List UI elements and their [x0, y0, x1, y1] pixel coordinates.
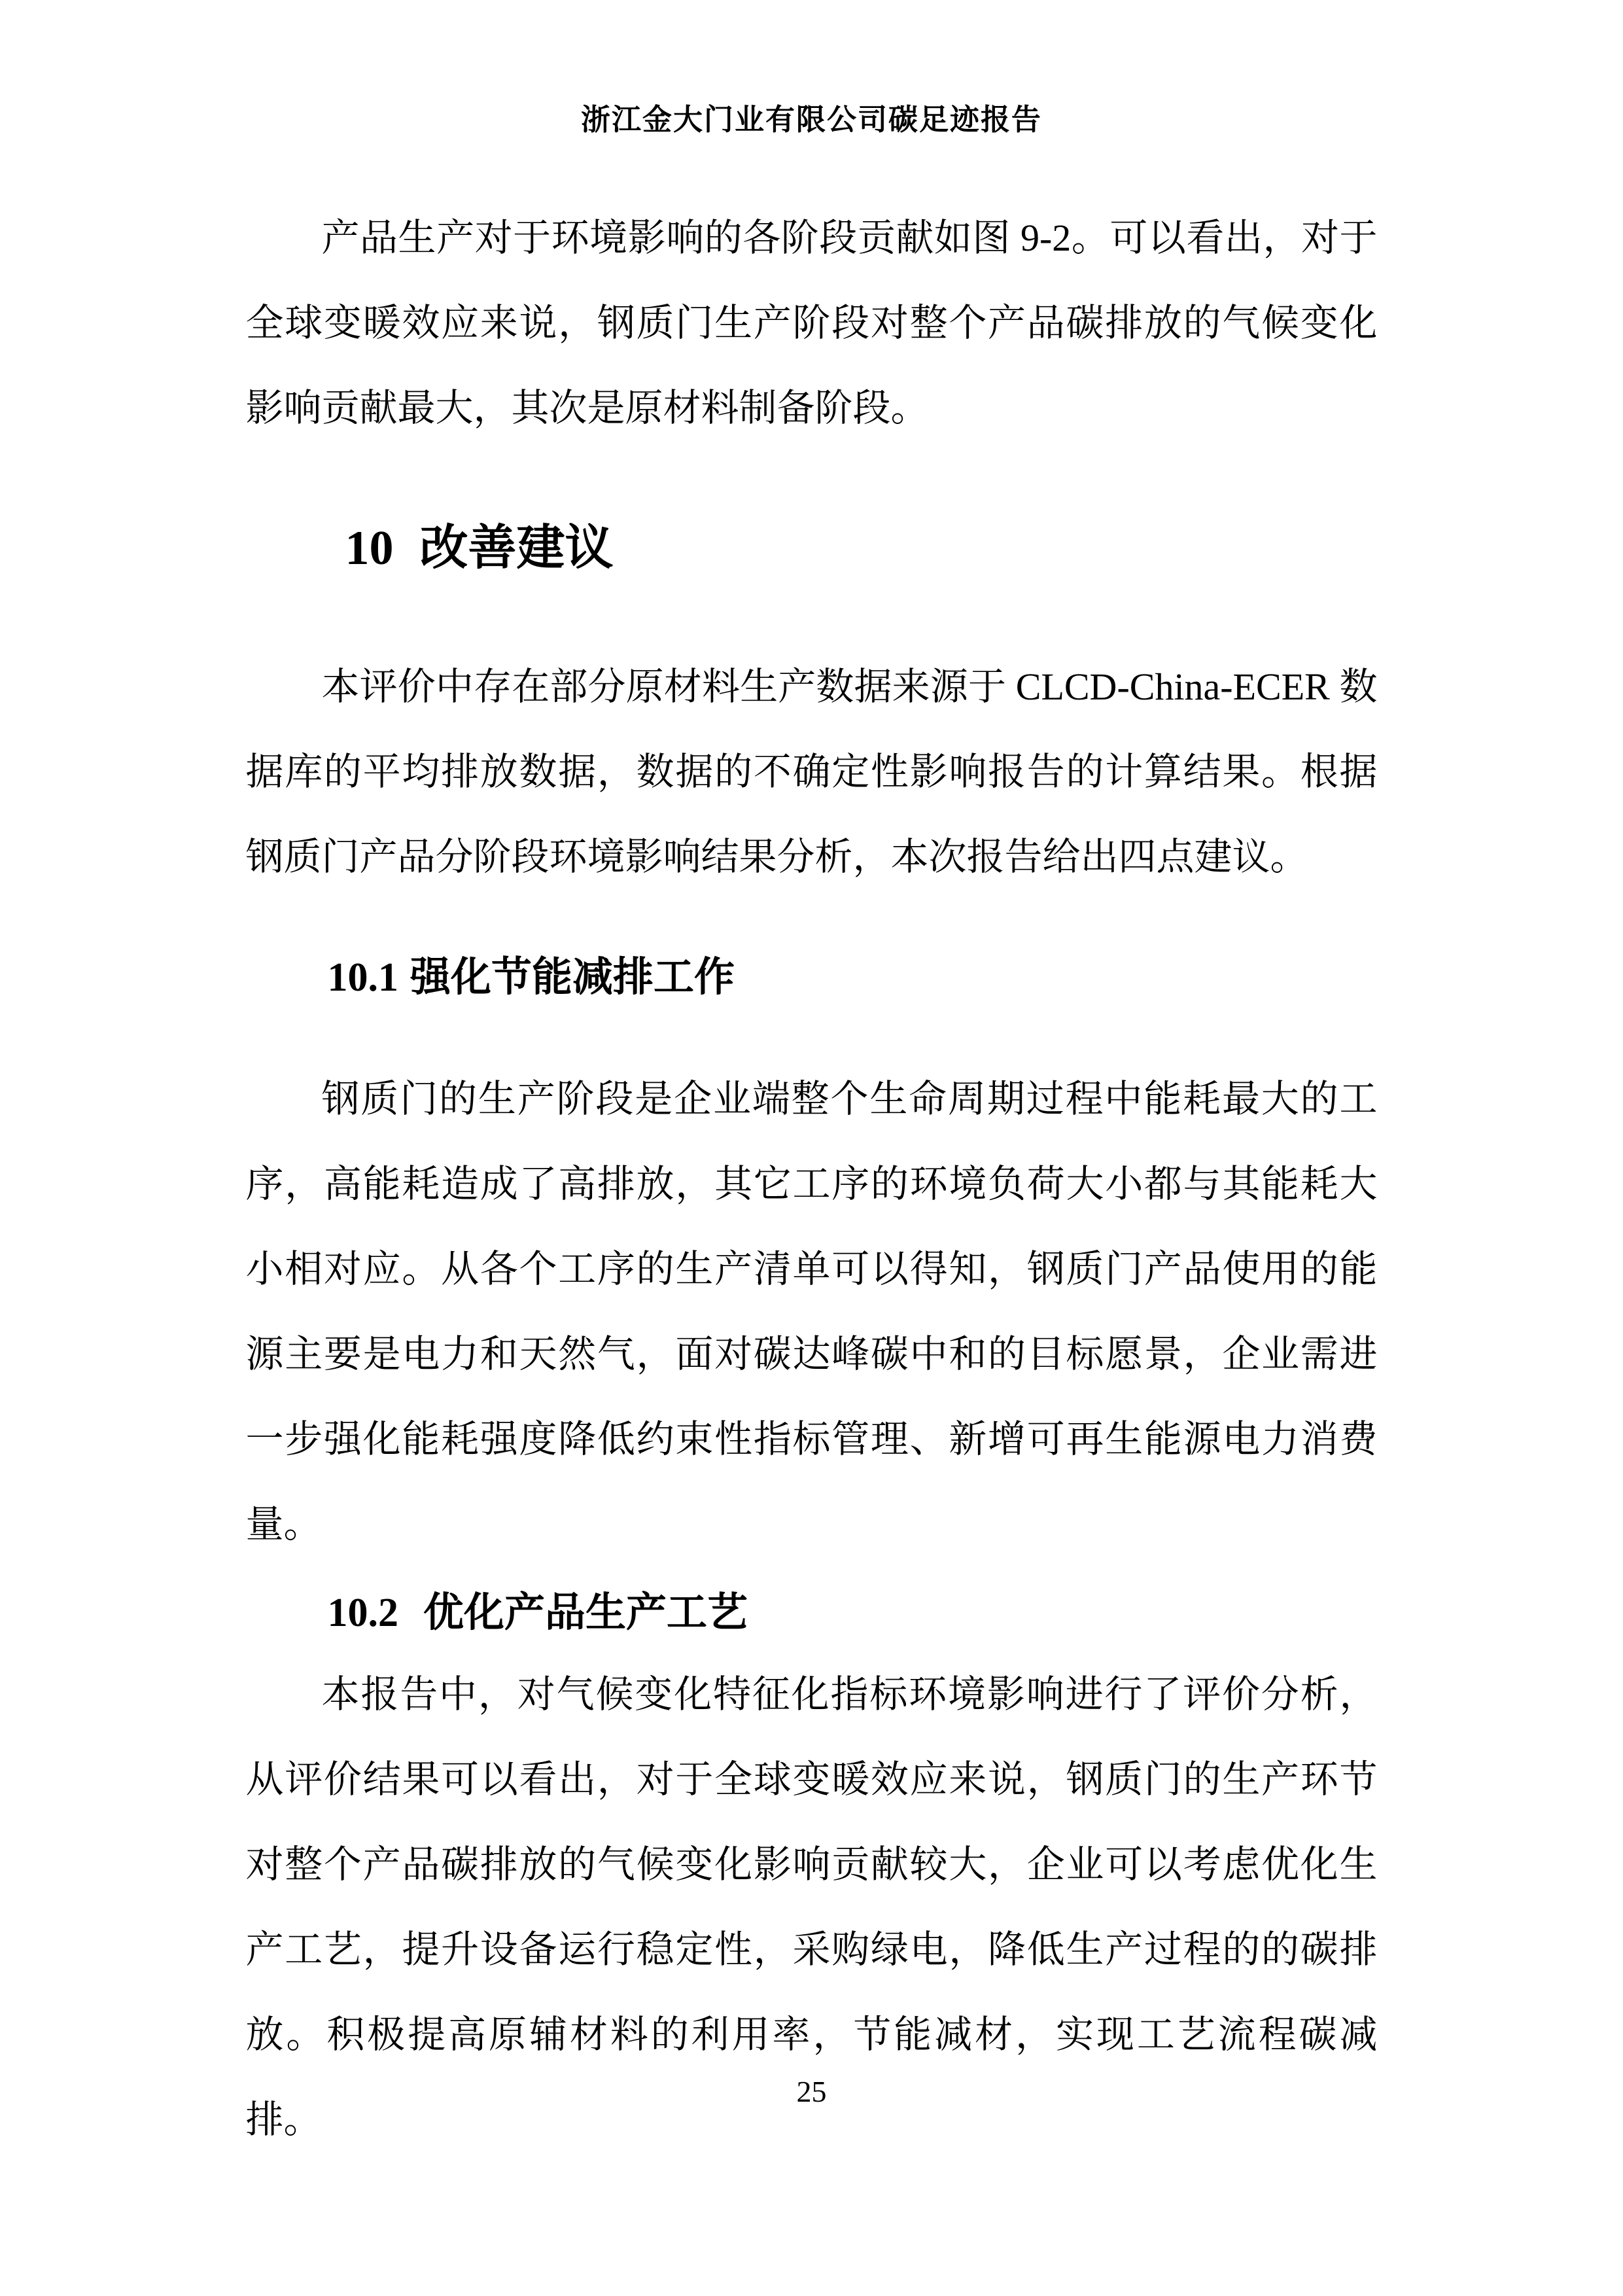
document-body: 产品生产对于环境影响的各阶段贡献如图 9-2。可以看出，对于全球变暖效应来说，钢… — [246, 196, 1378, 2163]
subsection-10-1-paragraph: 钢质门的生产阶段是企业端整个生命周期过程中能耗最大的工序，高能耗造成了高排放，其… — [246, 1057, 1378, 1567]
subsection-title: 优化产品生产工艺 — [423, 1591, 748, 1635]
section-number: 10 — [345, 521, 394, 575]
running-header: 浙江金大门业有限公司碳足迹报告 — [0, 0, 1623, 138]
document-page: 浙江金大门业有限公司碳足迹报告 产品生产对于环境影响的各阶段贡献如图 9-2。可… — [0, 0, 1623, 2296]
section-10-paragraph: 本评价中存在部分原材料生产数据来源于 CLCD-China-ECER 数据库的平… — [246, 645, 1378, 900]
intro-paragraph: 产品生产对于环境影响的各阶段贡献如图 9-2。可以看出，对于全球变暖效应来说，钢… — [246, 196, 1378, 451]
subsection-number: 10.2 — [328, 1591, 399, 1635]
subsection-heading-10-2: 10.2优化产品生产工艺 — [328, 1587, 1378, 1639]
subsection-title: 强化节能减排工作 — [410, 955, 735, 1000]
subsection-heading-10-1: 10.1强化节能减排工作 — [328, 951, 1378, 1004]
section-title: 改善建议 — [420, 521, 614, 575]
section-heading-10: 10改善建议 — [345, 517, 1378, 580]
page-number: 25 — [0, 2074, 1623, 2110]
subsection-number: 10.1 — [328, 955, 399, 1000]
